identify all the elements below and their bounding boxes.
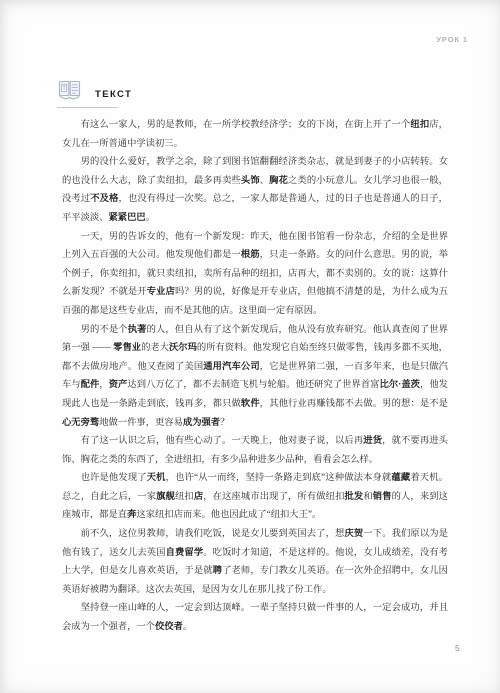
section-title: ТЕКСТ (95, 89, 132, 100)
paragraph: 也许是他发现了天机，也许“从一而终，坚持一条路走到底”这种做法本身就蕴藏着天机。… (62, 469, 448, 525)
paragraph: 有了这一认识之后，他有些心动了。一天晚上，他对妻子说，以后再进货，就不要再进头饰… (62, 432, 448, 469)
paragraph: 前不久，这位男教师，请我们吃饭，说是女儿要到英国去了，想庆贺一下。我们原以为是他… (62, 525, 448, 599)
paragraph: 一天，男的告诉女的，他有一个新发现：昨天，他在图书馆看一份杂志，介绍的全是世界上… (62, 228, 448, 321)
section-divider (57, 107, 118, 108)
lesson-label: УРОК 1 (436, 35, 468, 44)
open-book-icon (58, 80, 81, 107)
paragraph: 男的不是个执著的人，但自从有了这个新发现后，他从没有放弃研究。他认真查阅了世界第… (62, 321, 448, 433)
paragraph: 坚持登一座山峰的人，一定会到达顶峰。一辈子坚持只做一件事的人，一定会成功，并且会… (62, 599, 448, 636)
paragraph: 男的没什么爱好，教学之余，除了到图书馆翻翻经济类杂志，就是到妻子的小店转转。女的… (62, 153, 448, 227)
reading-text: 有这么一家人，男的是教师，在一所学校教经济学；女的下岗，在街上开了一个纽扣店，女… (62, 116, 448, 642)
textbook-page: УРОК 1 ТЕКСТ 有这么一家人，男的是教师，在一所学校教经济学；女的下岗… (0, 0, 500, 693)
paragraph: 有这么一家人，男的是教师，在一所学校教经济学；女的下岗，在街上开了一个纽扣店，女… (62, 116, 448, 153)
page-number: 5 (455, 643, 460, 653)
